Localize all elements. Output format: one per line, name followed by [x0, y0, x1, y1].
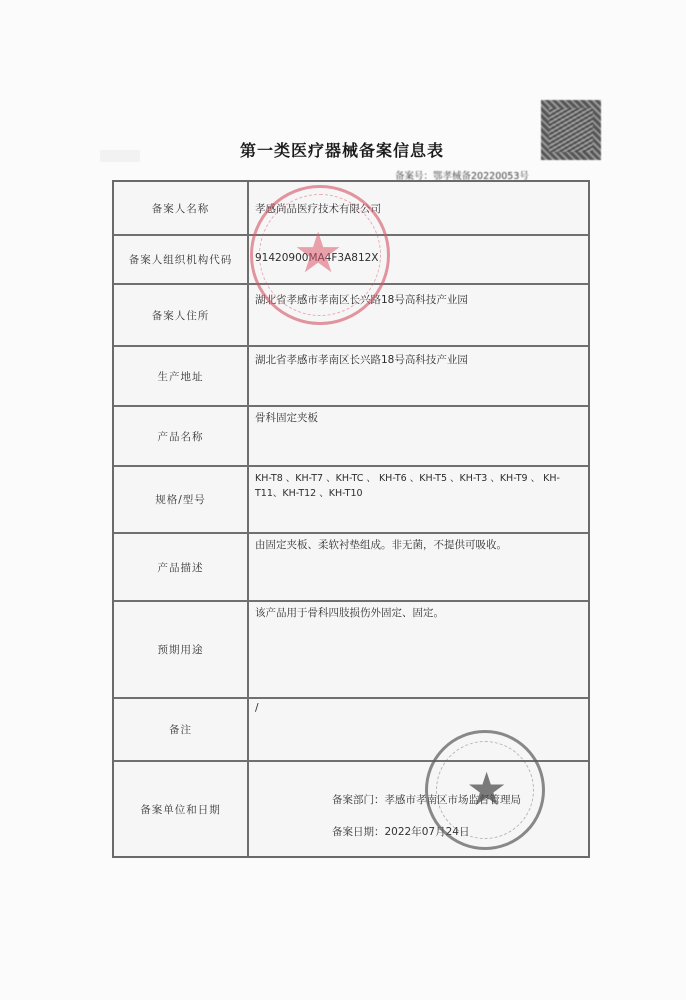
filing-info-table: 备案人名称 孝感尚品医疗技术有限公司 备案人组织机构代码 91420900MA4… — [112, 180, 590, 858]
table-row: 产品描述 由固定夹板、柔软衬垫组成。非无菌，不提供可吸收。 — [114, 534, 588, 602]
qr-code-icon — [541, 100, 601, 160]
table-row: 备案人住所 湖北省孝感市孝南区长兴路18号高科技产业园 — [114, 285, 588, 347]
table-row: 备案人名称 孝感尚品医疗技术有限公司 — [114, 182, 588, 236]
row-label: 备案人名称 — [114, 182, 249, 234]
table-row: 预期用途 该产品用于骨科四肢损伤外固定、固定。 — [114, 602, 588, 699]
row-label: 备案人组织机构代码 — [114, 236, 249, 283]
row-value: 骨科固定夹板 — [255, 411, 580, 426]
filing-date-label: 备案日期： — [332, 826, 385, 838]
table-row: 产品名称 骨科固定夹板 — [114, 407, 588, 467]
row-label: 备案人住所 — [114, 285, 249, 345]
row-value: 91420900MA4F3A812X — [255, 251, 580, 266]
filing-date-value: 2022年07月24日 — [385, 826, 470, 838]
row-label: 产品描述 — [114, 534, 249, 600]
filing-unit-value: 孝感市孝南区市场监督管理局 — [385, 794, 522, 806]
row-value: KH-T8 、KH-T7 、KH-TC 、 KH-T6 、KH-T5 、KH-T… — [255, 471, 580, 501]
filing-unit-label: 备案部门： — [332, 794, 385, 806]
table-row: 备注 / — [114, 699, 588, 762]
table-row: 生产地址 湖北省孝感市孝南区长兴路18号高科技产业园 — [114, 347, 588, 407]
row-label: 生产地址 — [114, 347, 249, 405]
scanned-document-page: 第一类医疗器械备案信息表 备案号：鄂孝械备20220053号 备案人名称 孝感尚… — [0, 0, 686, 1000]
row-label: 备案单位和日期 — [114, 762, 249, 856]
table-row: 规格/型号 KH-T8 、KH-T7 、KH-TC 、 KH-T6 、KH-T5… — [114, 467, 588, 534]
filing-unit: 备案部门：孝感市孝南区市场监督管理局 — [332, 792, 521, 807]
table-row: 备案单位和日期 备案部门：孝感市孝南区市场监督管理局 备案日期：2022年07月… — [114, 762, 588, 856]
row-value: 该产品用于骨科四肢损伤外固定、固定。 — [255, 606, 580, 621]
row-value: 由固定夹板、柔软衬垫组成。非无菌，不提供可吸收。 — [255, 538, 580, 553]
bleed-through-mark — [100, 150, 140, 162]
row-value: 湖北省孝感市孝南区长兴路18号高科技产业园 — [255, 353, 580, 368]
row-value: 孝感尚品医疗技术有限公司 — [255, 202, 580, 217]
row-label: 产品名称 — [114, 407, 249, 465]
document-title: 第一类医疗器械备案信息表 — [240, 138, 444, 161]
table-row: 备案人组织机构代码 91420900MA4F3A812X — [114, 236, 588, 285]
filing-date: 备案日期：2022年07月24日 — [332, 824, 469, 839]
row-label: 预期用途 — [114, 602, 249, 697]
row-value: 湖北省孝感市孝南区长兴路18号高科技产业园 — [255, 293, 580, 308]
row-value: / — [255, 701, 580, 716]
row-label: 规格/型号 — [114, 467, 249, 532]
row-label: 备注 — [114, 699, 249, 760]
